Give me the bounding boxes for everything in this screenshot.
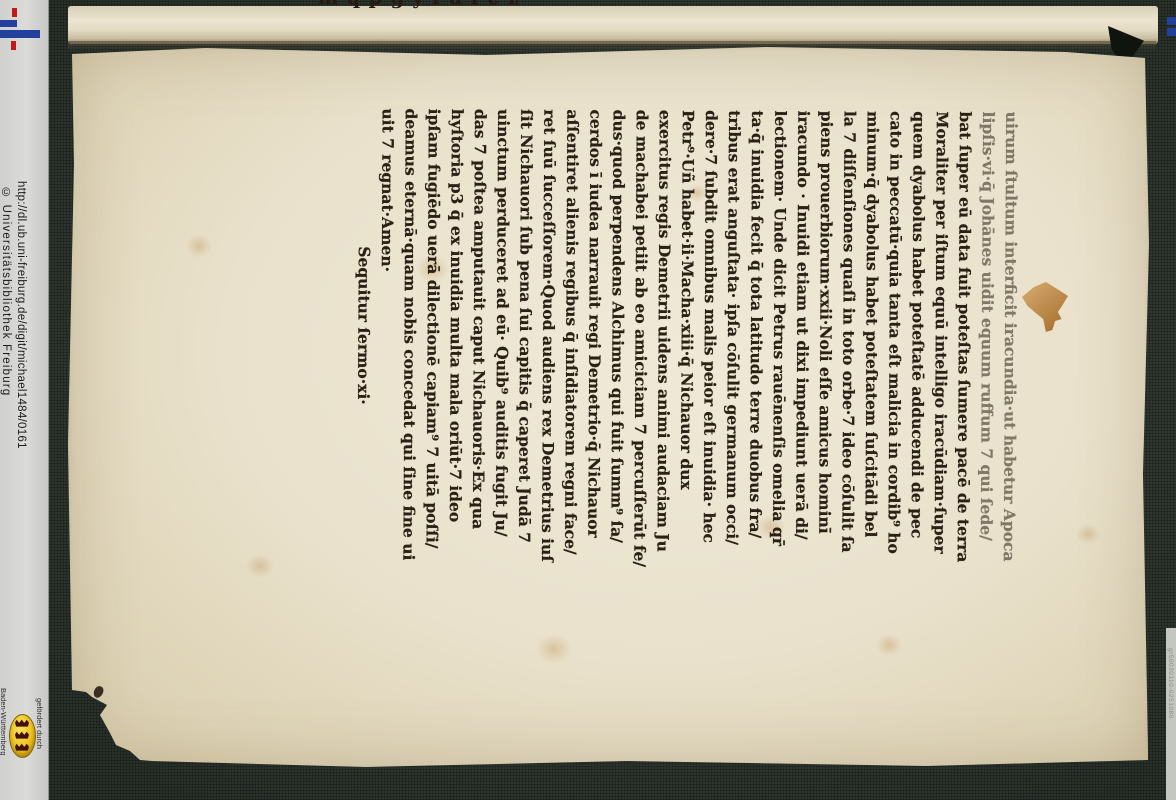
text-line: iracundo · Inuidi etiam ut dixi impediun… <box>790 111 815 569</box>
text-line: aſſentiret alienis regibus q̄ inſidiator… <box>559 109 584 567</box>
lion-glyph <box>15 731 29 739</box>
text-line: cerdos ī iudea narrauit regi Demetrio·q̄… <box>582 109 607 567</box>
text-line: la 7 diſſenſiones quaſi in toto orbe·7 i… <box>836 111 861 569</box>
text-line: ret ſuū ſucceſſorem·Quod audiens rex Dem… <box>536 109 561 567</box>
fox-spot <box>1076 524 1100 544</box>
text-line: dus·quod perpendens Alchimus qui fuit ſu… <box>605 110 630 568</box>
logo-red-square-icon <box>11 41 16 50</box>
text-line: minum·q̄ dyabolus habet poteſtatem ſuſci… <box>859 111 884 569</box>
text-line: de machabei petiit ab eo amiciciam 7 per… <box>628 110 653 568</box>
cropped-text-fragment-glyphs: m q̄ p ḡ y ſ d̄ ſ c m̄ q p ḡ a q̄ <box>318 0 518 9</box>
text-line: piens prouerbiorum·xxii·Noli eſſe amicus… <box>813 111 838 569</box>
baden-wuerttemberg-coat-of-arms-icon <box>9 714 36 758</box>
text-line: ipſam fugiēdo uerā dilectionē capiam⁹ 7 … <box>420 109 445 567</box>
region-label: Baden-Württemberg <box>0 688 8 800</box>
text-line: uirum ſtultum interficit iracundia·ut ha… <box>998 112 1023 570</box>
text-line: dere·7 ſubdit omnibus malis peior eſt in… <box>697 110 722 568</box>
logo-red-square-icon <box>12 8 17 17</box>
text-line: tribus erat anguſtata· ipſa cōſulit germ… <box>721 110 746 568</box>
text-line: quem dyabolus habet poteſtatē adducendi … <box>905 111 930 569</box>
text-line: exercitus regis Demetrii uidens animi au… <box>651 110 676 568</box>
funded-by-label: gefördert durch <box>35 698 44 788</box>
text-line: ſit Nichauori ſub pena ſui capitis q̄ ca… <box>513 109 538 567</box>
text-line: Petr⁹·Uñ habet·ii·Macha·xiii·q̄ Nichauor… <box>674 110 699 568</box>
text-line: Moraliter per iſtum equū intelligo iracū… <box>928 111 953 569</box>
fox-spot <box>536 634 572 664</box>
text-line: lectionem· Unde dicit Petrus rauēnenſis … <box>767 110 792 568</box>
source-url-label: http://dl.ub.uni-freiburg.de/digit/micha… <box>15 181 27 741</box>
text-line: cato in peccatū·quia tanta eſt malicia i… <box>882 111 907 569</box>
fox-spot <box>246 554 274 578</box>
calibration-mark-icon <box>1167 28 1176 36</box>
text-line: lipſis·vi·q̄ Johānes uidit equum ruffum … <box>975 112 1000 570</box>
copyright-label: © Universitätsbibliothek Freiburg <box>0 187 12 747</box>
digitized-book-scan: { "sidebar": { "url_text": "http://dl.ub… <box>0 0 1176 800</box>
calibration-mark-icon <box>1167 17 1176 25</box>
logo-blue-bar-icon <box>0 30 40 38</box>
text-line: ta·q̄ inuidia fecit q̄ tota latitudo ter… <box>744 110 769 568</box>
text-line: uinctum perduceret ad eū· Quib⁹ auditis … <box>490 109 515 567</box>
text-line: deamus eternā·quam nobis concedat qui ſi… <box>397 108 422 566</box>
facing-page-edge <box>68 6 1158 44</box>
scan-frame-bar: http://dl.ub.uni-freiburg.de/digit/micha… <box>0 0 49 800</box>
page-text-block: uirum ſtultum interficit iracundia·ut ha… <box>349 108 1023 570</box>
lion-glyph <box>15 719 29 727</box>
text-line: uit 7 regnat·Amen· <box>374 108 399 566</box>
edge-faint-label: gr50030110-0251080 <box>1167 648 1174 798</box>
sermon-heading-line: Sequitur ſermo·xi· <box>351 108 376 566</box>
fox-spot <box>876 634 902 656</box>
text-line: das 7 poſtea amputauit caput Nichauoris·… <box>467 109 492 567</box>
text-line: bat ſuper eū data fuit poteſtas ſumere p… <box>952 111 977 569</box>
logo-blue-bar-icon <box>0 20 17 27</box>
text-line: hyſtoria p3 q̄ ex inuidia multa mala ori… <box>443 109 468 567</box>
lion-glyph <box>15 743 29 751</box>
fox-spot <box>186 234 212 258</box>
cropped-text-fragment: m q̄ p ḡ y ſ d̄ ſ c m̄ q p ḡ a q̄ <box>318 0 518 12</box>
